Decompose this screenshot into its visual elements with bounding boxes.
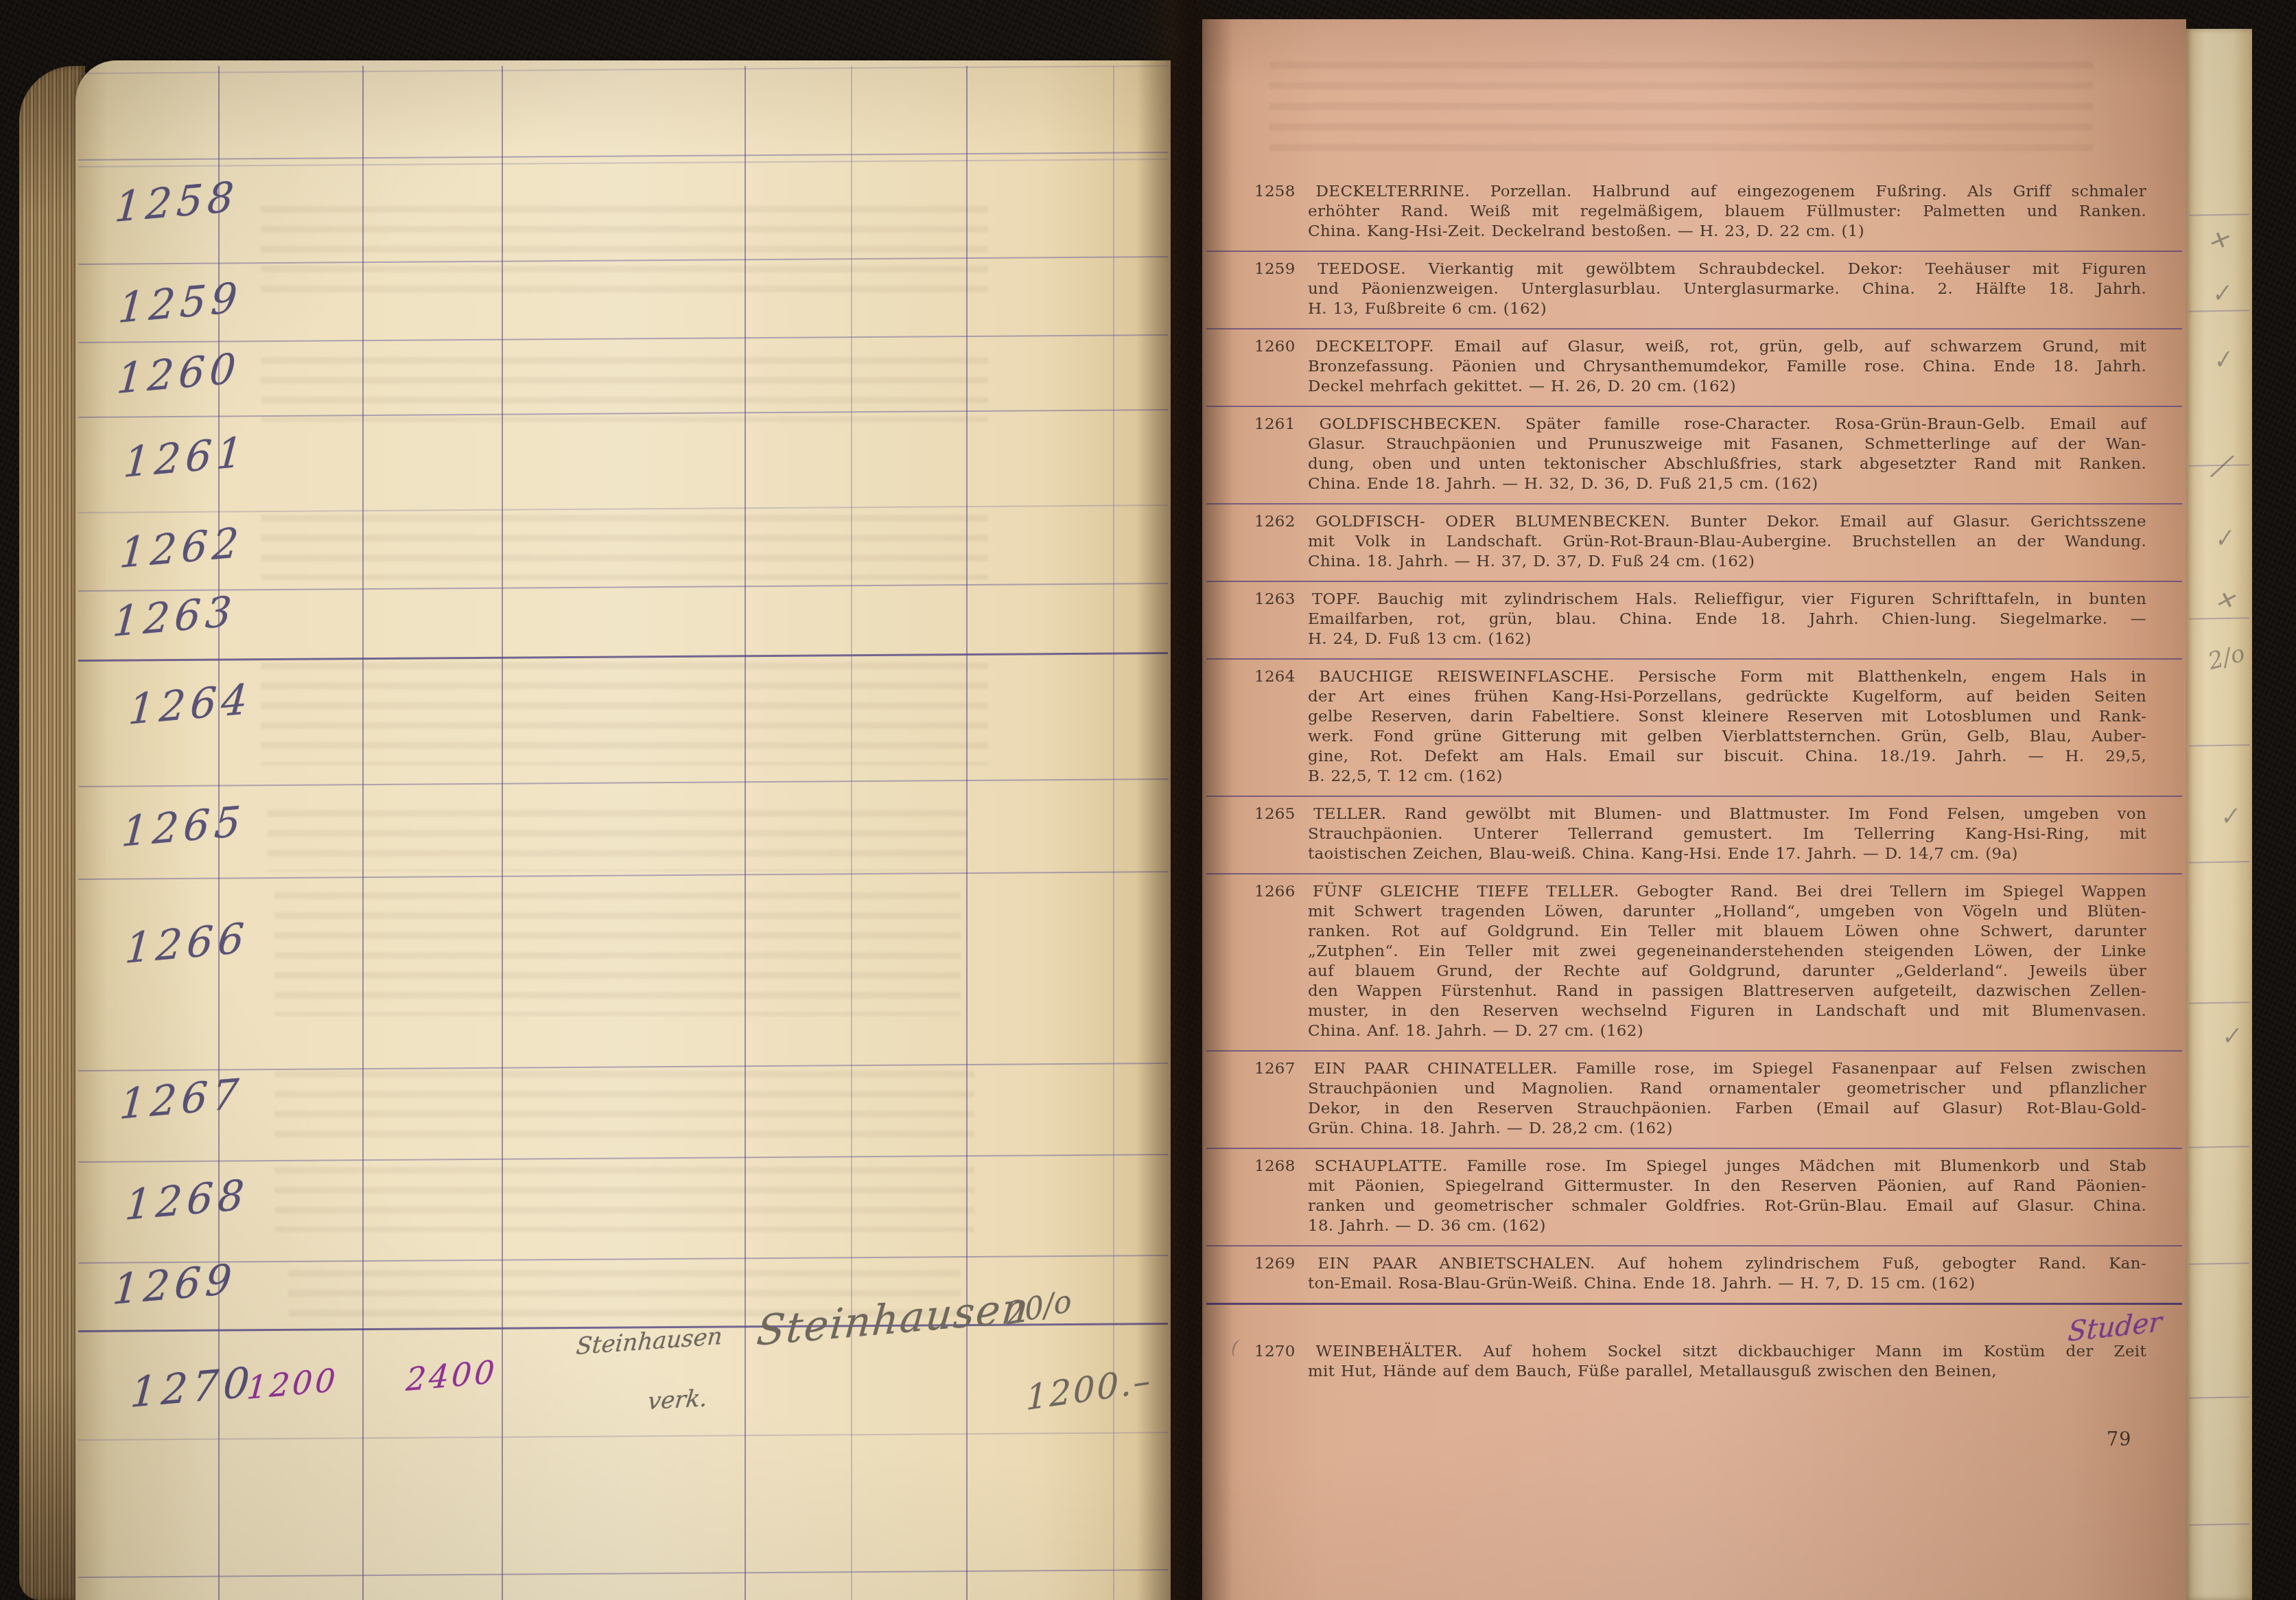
catalog-entry-line: ton-Email. Rosa-Blau-Grün-Weiß. China. E… xyxy=(1254,1274,2146,1294)
ledger-grid-vline xyxy=(502,66,503,1600)
catalog-entry-line: gelbe Reserven, darin Fabeltiere. Sonst … xyxy=(1254,707,2146,727)
catalog-entry: 1263 TOPF. Bauchig mit zylindrischem Hal… xyxy=(1254,590,2146,649)
ledger-grid-vline xyxy=(745,66,746,1600)
catalog-entry-line: ranken und geometrischer schmaler Goldfr… xyxy=(1254,1196,2146,1216)
ledger-grid-vline xyxy=(966,66,968,1600)
ledger-grid-vline xyxy=(362,66,364,1600)
catalog-entry-line: dung, oben und unten tektonischer Abschl… xyxy=(1254,454,2146,474)
catalog-entry-line: auf blauem Grund, der Rechte auf Goldgru… xyxy=(1254,962,2146,982)
pencil-mark: ✓ xyxy=(2218,1021,2242,1052)
entry-divider xyxy=(1206,1148,2182,1149)
catalog-entry-line: mit Volk in Landschaft. Grün-Rot-Braun-B… xyxy=(1254,532,2146,552)
catalog-entry-line: H. 13, Fußbreite 6 cm. (162) xyxy=(1254,299,2146,319)
catalog-entry: 1259 TEEDOSE. Vierkantig mit gewölbtem S… xyxy=(1254,259,2146,319)
entry-divider xyxy=(1206,658,2182,660)
catalog-entry-line: werk. Fond grüne Gitterung mit gelben Vi… xyxy=(1254,727,2146,747)
catalog-entry-line: 1269 EIN PAAR ANBIETSCHALEN. Auf hohem z… xyxy=(1254,1254,2146,1274)
catalog-entry-line: 18. Jahrh. — D. 36 cm. (162) xyxy=(1254,1216,2146,1236)
catalog-entry-line: Dekor, in den Reserven Strauchpäonien. F… xyxy=(1254,1099,2146,1119)
catalog-entry-line: ranken. Rot auf Goldgrund. Ein Teller mi… xyxy=(1254,922,2146,942)
catalog-entry-line: 1264 BAUCHIGE REISWEINFLASCHE. Persische… xyxy=(1254,667,2146,687)
catalog-entry-line: Grün. China. 18. Jahrh. — D. 28,2 cm. (1… xyxy=(1254,1119,2146,1139)
entry-divider xyxy=(1206,1303,2182,1305)
catalog-entry: 1261 GOLDFISCHBECKEN. Später famille ros… xyxy=(1254,415,2146,494)
catalog-entry-line: 1263 TOPF. Bauchig mit zylindrischem Hal… xyxy=(1254,590,2146,610)
catalog-entry-line: der Art eines frühen Kang-Hsi-Porzellans… xyxy=(1254,687,2146,707)
catalog-entry-line: mit Päonien, Spiegelrand Gittermuster. I… xyxy=(1254,1176,2146,1196)
catalog-entry: 1262 GOLDFISCH- ODER BLUMENBECKEN. Bunte… xyxy=(1254,512,2146,572)
catalog-entry-line: 1266 FÜNF GLEICHE TIEFE TELLER. Gebogter… xyxy=(1254,882,2146,902)
catalog-entry-line: 1267 EIN PAAR CHINATELLER. Famille rose,… xyxy=(1254,1059,2146,1079)
entry-divider xyxy=(1206,581,2182,582)
catalog-entry-line: Bronzefassung. Päonien und Chrysanthemum… xyxy=(1254,357,2146,377)
entry-divider xyxy=(1206,796,2182,797)
catalog-entry-line: taoistischen Zeichen, Blau-weiß. China. … xyxy=(1254,844,2146,864)
catalog-entry-line: 1268 SCHAUPLATTE. Famille rose. Im Spieg… xyxy=(1254,1157,2146,1176)
catalog-entry-line: Strauchpäonien. Unterer Tellerrand gemus… xyxy=(1254,824,2146,844)
handwriting-note: verk. xyxy=(646,1384,709,1415)
catalog-entry-line: H. 24, D. Fuß 13 cm. (162) xyxy=(1254,629,2146,649)
catalog-entry: 1267 EIN PAAR CHINATELLER. Famille rose,… xyxy=(1254,1059,2146,1139)
catalog-entry-line: Deckel mehrfach gekittet. — H. 26, D. 20… xyxy=(1254,377,2146,397)
catalog-entry-line: „Zutphen“. Ein Teller mit zwei gegeneina… xyxy=(1254,942,2146,962)
catalog-entry-line: 1260 DECKELTOPF. Email auf Glasur, weiß,… xyxy=(1254,337,2146,357)
entry-divider xyxy=(1206,503,2182,505)
catalog-entry: 1260 DECKELTOPF. Email auf Glasur, weiß,… xyxy=(1254,337,2146,397)
catalog-entry: 1266 FÜNF GLEICHE TIEFE TELLER. Gebogter… xyxy=(1254,882,2146,1041)
catalog-entry-line: gine, Rot. Defekt am Hals. Email sur bis… xyxy=(1254,747,2146,767)
catalog-entry-line: 1259 TEEDOSE. Vierkantig mit gewölbtem S… xyxy=(1254,259,2146,279)
catalog-entry: 1265 TELLER. Rand gewölbt mit Blumen- un… xyxy=(1254,804,2146,864)
catalog-entry: 1269 EIN PAAR ANBIETSCHALEN. Auf hohem z… xyxy=(1254,1254,2146,1294)
catalog-entry: 1258 DECKELTERRINE. Porzellan. Halbrund … xyxy=(1254,182,2146,242)
entry-divider xyxy=(1206,251,2182,252)
page-number: 79 xyxy=(2107,1429,2131,1450)
catalog-entry-line: China. 18. Jahrh. — H. 37, D. 37, D. Fuß… xyxy=(1254,552,2146,572)
entry-divider xyxy=(1206,1050,2182,1052)
catalog-entry-line: 1262 GOLDFISCH- ODER BLUMENBECKEN. Bunte… xyxy=(1254,512,2146,532)
catalog-entry-line: China. Ende 18. Jahrh. — H. 32, D. 36, D… xyxy=(1254,474,2146,494)
catalog-entry-line: 1265 TELLER. Rand gewölbt mit Blumen- un… xyxy=(1254,804,2146,824)
catalog-entry-line: China. Anf. 18. Jahrh. — D. 27 cm. (162) xyxy=(1254,1021,2146,1041)
catalog-entry-line: den Wappen Fürstenhut. Rand in passigen … xyxy=(1254,982,2146,1001)
catalog-entry: 1264 BAUCHIGE REISWEINFLASCHE. Persische… xyxy=(1254,667,2146,787)
catalog-entry-line: China. Kang-Hsi-Zeit. Deckelrand bestoße… xyxy=(1254,222,2146,242)
entry-divider xyxy=(1206,873,2182,874)
catalog-entry-line: muster, in den Reserven wechselnd Figure… xyxy=(1254,1001,2146,1021)
catalog-entry-line: mit Schwert tragenden Löwen, darunter „H… xyxy=(1254,902,2146,922)
catalog-entry-line: und Päonienzweigen. Unterglasurblau. Unt… xyxy=(1254,279,2146,299)
catalog-entry: 1268 SCHAUPLATTE. Famille rose. Im Spieg… xyxy=(1254,1157,2146,1236)
entry-divider xyxy=(1206,328,2182,329)
catalog-entry-line: 1261 GOLDFISCHBECKEN. Später famille ros… xyxy=(1254,415,2146,434)
catalog-entry-line: B. 22,5, T. 12 cm. (162) xyxy=(1254,767,2146,787)
entry-divider xyxy=(1206,1245,2182,1247)
entry-divider xyxy=(1206,406,2182,407)
catalog-entry-line: Strauchpäonien und Magnolien. Rand ornam… xyxy=(1254,1079,2146,1099)
book-scan: 1258125912601261126212631264126512661267… xyxy=(0,0,2296,1600)
catalog-entry-line: Emailfarben, rot, grün, blau. China. End… xyxy=(1254,610,2146,629)
catalog-entry-line: 1270 WEINBEHÄLTER. Auf hohem Sockel sitz… xyxy=(1254,1342,2146,1362)
catalog-entry-line: mit Hut, Hände auf dem Bauch, Füße paral… xyxy=(1254,1362,2146,1382)
catalog-entry: 1270 WEINBEHÄLTER. Auf hohem Sockel sitz… xyxy=(1254,1342,2146,1382)
catalog-entry-line: Glasur. Strauchpäonien und Prunuszweige … xyxy=(1254,434,2146,454)
catalog-entry-line: 1258 DECKELTERRINE. Porzellan. Halbrund … xyxy=(1254,182,2146,202)
catalog-entry-line: erhöhter Rand. Weiß mit regelmäßigem, bl… xyxy=(1254,202,2146,222)
ledger-grid-vline xyxy=(851,66,852,1600)
